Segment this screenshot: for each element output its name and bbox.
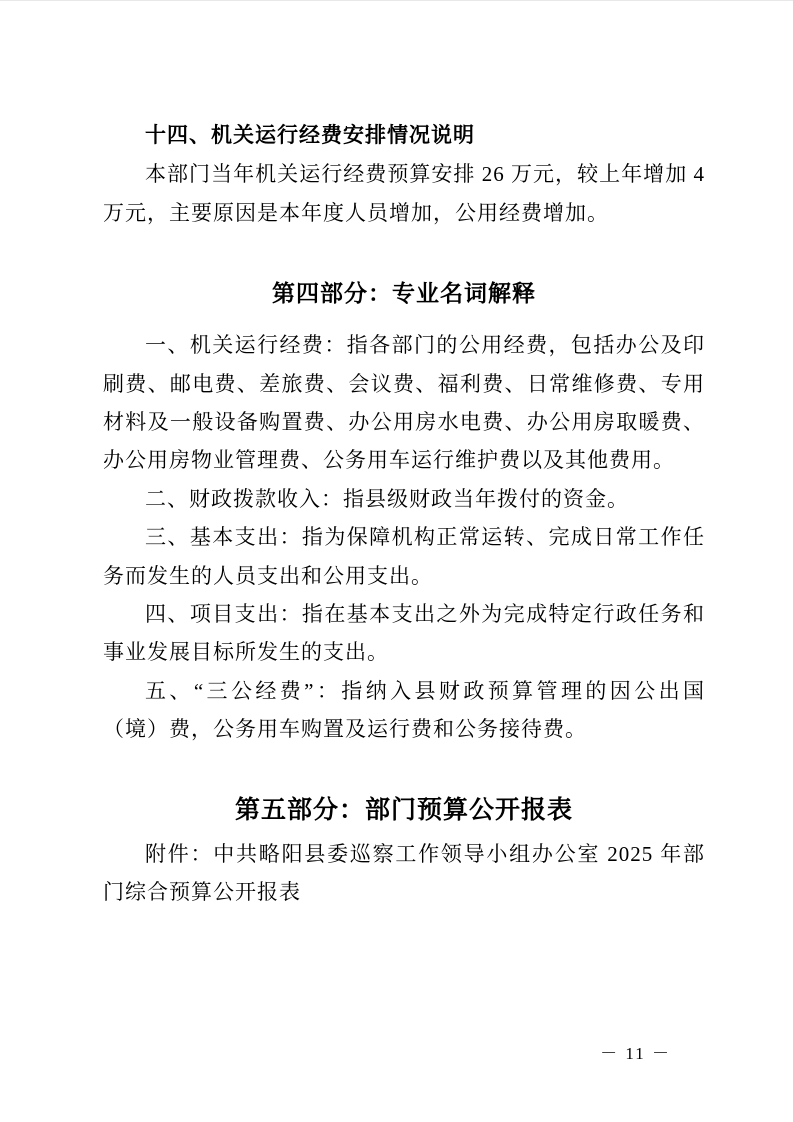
part4-heading: 第四部分：专业名词解释 [103, 272, 705, 316]
section14-heading: 十四、机关运行经费安排情况说明 [103, 117, 705, 155]
section14-paragraph: 本部门当年机关运行经费预算安排 26 万元，较上年增加 4 万元，主要原因是本年… [103, 155, 705, 232]
term-definition-4: 四、项目支出：指在基本支出之外为完成特定行政任务和事业发展目标所发生的支出。 [103, 595, 705, 672]
document-page: 十四、机关运行经费安排情况说明 本部门当年机关运行经费预算安排 26 万元，较上… [0, 0, 793, 1122]
page-content: 十四、机关运行经费安排情况说明 本部门当年机关运行经费预算安排 26 万元，较上… [103, 117, 705, 912]
term-definition-5: 五、“三公经费”：指纳入县财政预算管理的因公出国（境）费，公务用车购置及运行费和… [103, 672, 705, 749]
part4-terms: 一、机关运行经费：指各部门的公用经费，包括办公及印刷费、邮电费、差旅费、会议费、… [103, 326, 705, 748]
page-number: － 11 － [600, 1039, 671, 1064]
term-definition-1: 一、机关运行经费：指各部门的公用经费，包括办公及印刷费、邮电费、差旅费、会议费、… [103, 326, 705, 480]
part5-heading: 第五部分：部门预算公开报表 [103, 787, 705, 835]
term-definition-3: 三、基本支出：指为保障机构正常运转、完成日常工作任务而发生的人员支出和公用支出。 [103, 518, 705, 595]
term-definition-2: 二、财政拨款收入：指县级财政当年拨付的资金。 [103, 480, 705, 518]
attachment-paragraph: 附件：中共略阳县委巡察工作领导小组办公室 2025 年部门综合预算公开报表 [103, 835, 705, 912]
